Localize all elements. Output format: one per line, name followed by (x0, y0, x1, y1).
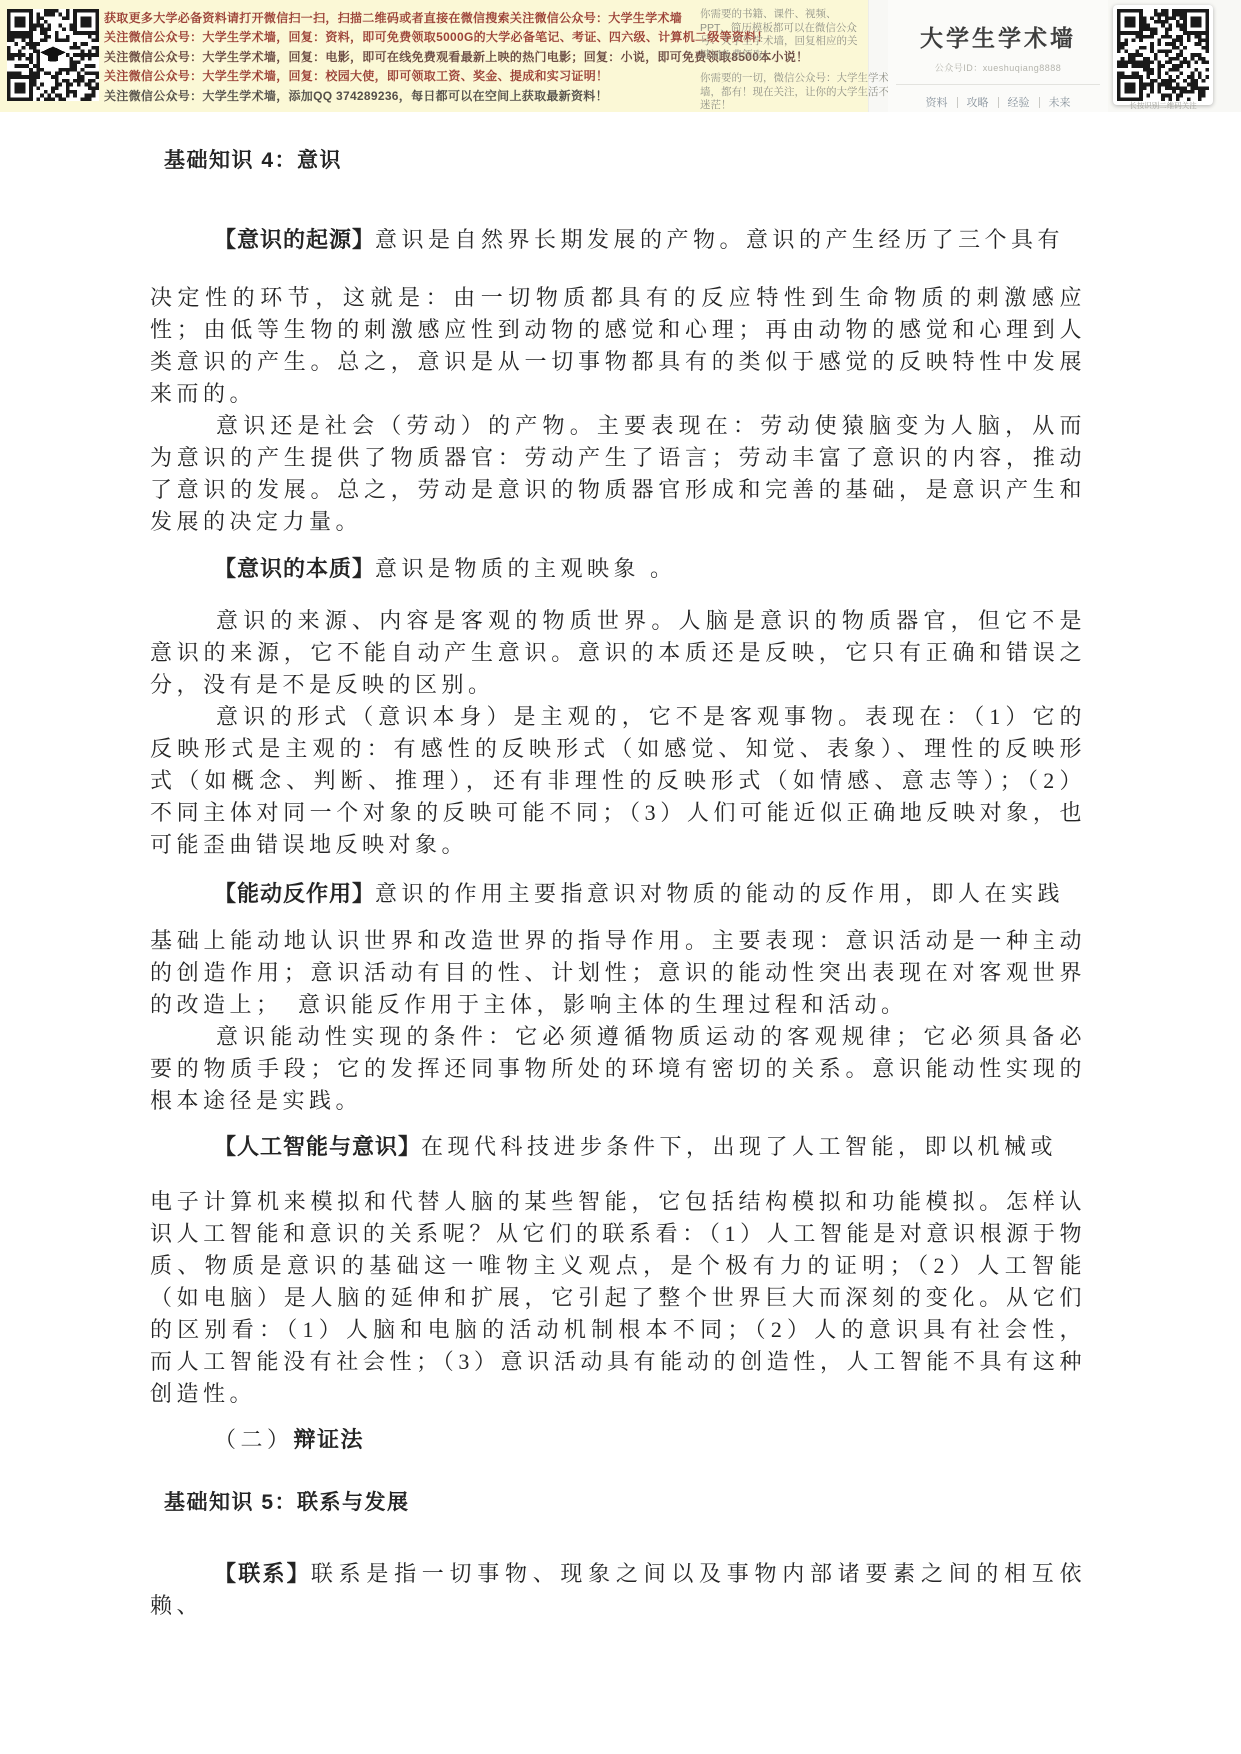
section-title: 基础知识 5：联系与发展 (164, 1490, 1086, 1516)
document-body: 基础知识 4：意识 【意识的起源】意识是自然界长期发展的产物。意识的产生经历了三… (150, 148, 1086, 1622)
definition-paragraph-lead: 【意识的起源】意识是自然界长期发展的产物。意识的产生经历了三个具有 (150, 224, 1086, 256)
card-divider (896, 84, 1100, 85)
definition-label: 【人工智能与意识】 (214, 1134, 421, 1159)
paragraph: 意识能动性实现的条件：它必须遵循物质运动的客观规律；它必须具备必要的物质手段；它… (150, 1021, 1086, 1117)
paragraph: 决定性的环节，这就是：由一切物质都具有的反应特性到生命物质的刺激感应性；由低等生… (150, 282, 1086, 410)
section-title: 基础知识 4：意识 (164, 148, 1086, 174)
promo-text-block: 获取更多大学必备资料请打开微信扫一扫，扫描二维码或者直接在微信搜索关注微信公众号… (104, 9, 694, 106)
promo-line: 获取更多大学必备资料请打开微信扫一扫，扫描二维码或者直接在微信搜索关注微信公众号… (104, 9, 694, 28)
note-top: 你需要的书籍、课件、视频、PPT、简历模板都可以在微信公众号：大学生学术墙，回复… (700, 8, 866, 62)
definition-label: 【能动反作用】 (214, 881, 375, 906)
promo-line: 关注微信公众号：大学生学术墙，回复：资料，即可免费领取5000G的大学必备笔记、… (104, 28, 694, 47)
brand-tab: 攻略 (958, 94, 998, 110)
paragraph-text: 意识是物质的主观映象 。 (375, 556, 677, 581)
qr-code-icon (1117, 9, 1209, 101)
brand-card: 大学生学术墙 公众号ID：xueshuqiang8888 资料 攻略 经验 未来 (888, 0, 1108, 112)
definition-label: 【联系】 (214, 1561, 311, 1586)
paragraph: 意识的形式（意识本身）是主观的，它不是客观事物。表现在：（1）它的反映形式是主观… (150, 701, 1086, 861)
brand-tab: 未来 (1040, 94, 1080, 110)
promo-banner: 获取更多大学必备资料请打开微信扫一扫，扫描二维码或者直接在微信搜索关注微信公众号… (0, 0, 1241, 112)
definition-paragraph-lead: 【能动反作用】意识的作用主要指意识对物质的能动的反作用，即人在实践 (150, 878, 1086, 910)
promo-line: 关注微信公众号：大学生学术墙，回复：校园大使，即可领取工资、奖金、提成和实习证明… (104, 67, 694, 86)
brand-tabs: 资料 攻略 经验 未来 (888, 94, 1108, 110)
qr-caption: 长按识别二维码关注 (1113, 100, 1213, 111)
definition-label: 【意识的起源】 (214, 227, 375, 252)
paragraph-text: 意识的作用主要指意识对物质的能动的反作用，即人在实践 (375, 881, 1064, 906)
paragraph-text: 在现代科技进步条件下，出现了人工智能，即以机械或 (421, 1134, 1057, 1159)
sub-section-heading: （二）辩证法 (150, 1424, 1086, 1456)
paragraph: 电子计算机来模拟和代替人脑的某些智能，它包括结构模拟和功能模拟。怎样认识人工智能… (150, 1186, 1086, 1410)
promo-line: 关注微信公众号：大学生学术墙，添加QQ 374289236，每日都可以在空间上获… (104, 87, 694, 106)
promo-line: 关注微信公众号：大学生学术墙，回复：电影，即可在线免费观看最新上映的热门电影；回… (104, 48, 694, 67)
definition-paragraph-lead: 【人工智能与意识】在现代科技进步条件下，出现了人工智能，即以机械或 (150, 1131, 1086, 1163)
qr-code-icon (7, 9, 99, 101)
paragraph: 基础上能动地认识世界和改造世界的指导作用。主要表现：意识活动是一种主动的创造作用… (150, 925, 1086, 1021)
paragraph: 意识还是社会（劳动）的产物。主要表现在：劳动使猿脑变为人脑，从而为意识的产生提供… (150, 410, 1086, 538)
wechat-qr-code-right (1113, 5, 1213, 105)
brand-account-id: 公众号ID：xueshuqiang8888 (888, 61, 1108, 74)
sub-section-prefix: （二） (214, 1427, 294, 1452)
brand-tab: 资料 (917, 94, 957, 110)
brand-tab: 经验 (999, 94, 1039, 110)
note-bottom: 你需要的一切，微信公众号：大学生学术墙，都有！现在关注，让你的大学生活不再迷茫！ (700, 72, 900, 113)
definition-paragraph-lead: 【联系】联系是指一切事物、现象之间以及事物内部诸要素之间的相互依赖、 (150, 1558, 1086, 1622)
paragraph-text: 意识是自然界长期发展的产物。意识的产生经历了三个具有 (375, 227, 1064, 252)
definition-label: 【意识的本质】 (214, 556, 375, 581)
definition-paragraph: 【意识的本质】意识是物质的主观映象 。 (150, 553, 1086, 585)
sub-section-title: 辩证法 (294, 1427, 365, 1452)
paragraph: 意识的来源、内容是客观的物质世界。人脑是意识的物质器官，但它不是意识的来源，它不… (150, 605, 1086, 701)
wechat-qr-code-left (7, 9, 99, 101)
brand-title: 大学生学术墙 (888, 20, 1108, 53)
scanned-document-page: 获取更多大学必备资料请打开微信扫一扫，扫描二维码或者直接在微信搜索关注微信公众号… (0, 0, 1241, 1754)
